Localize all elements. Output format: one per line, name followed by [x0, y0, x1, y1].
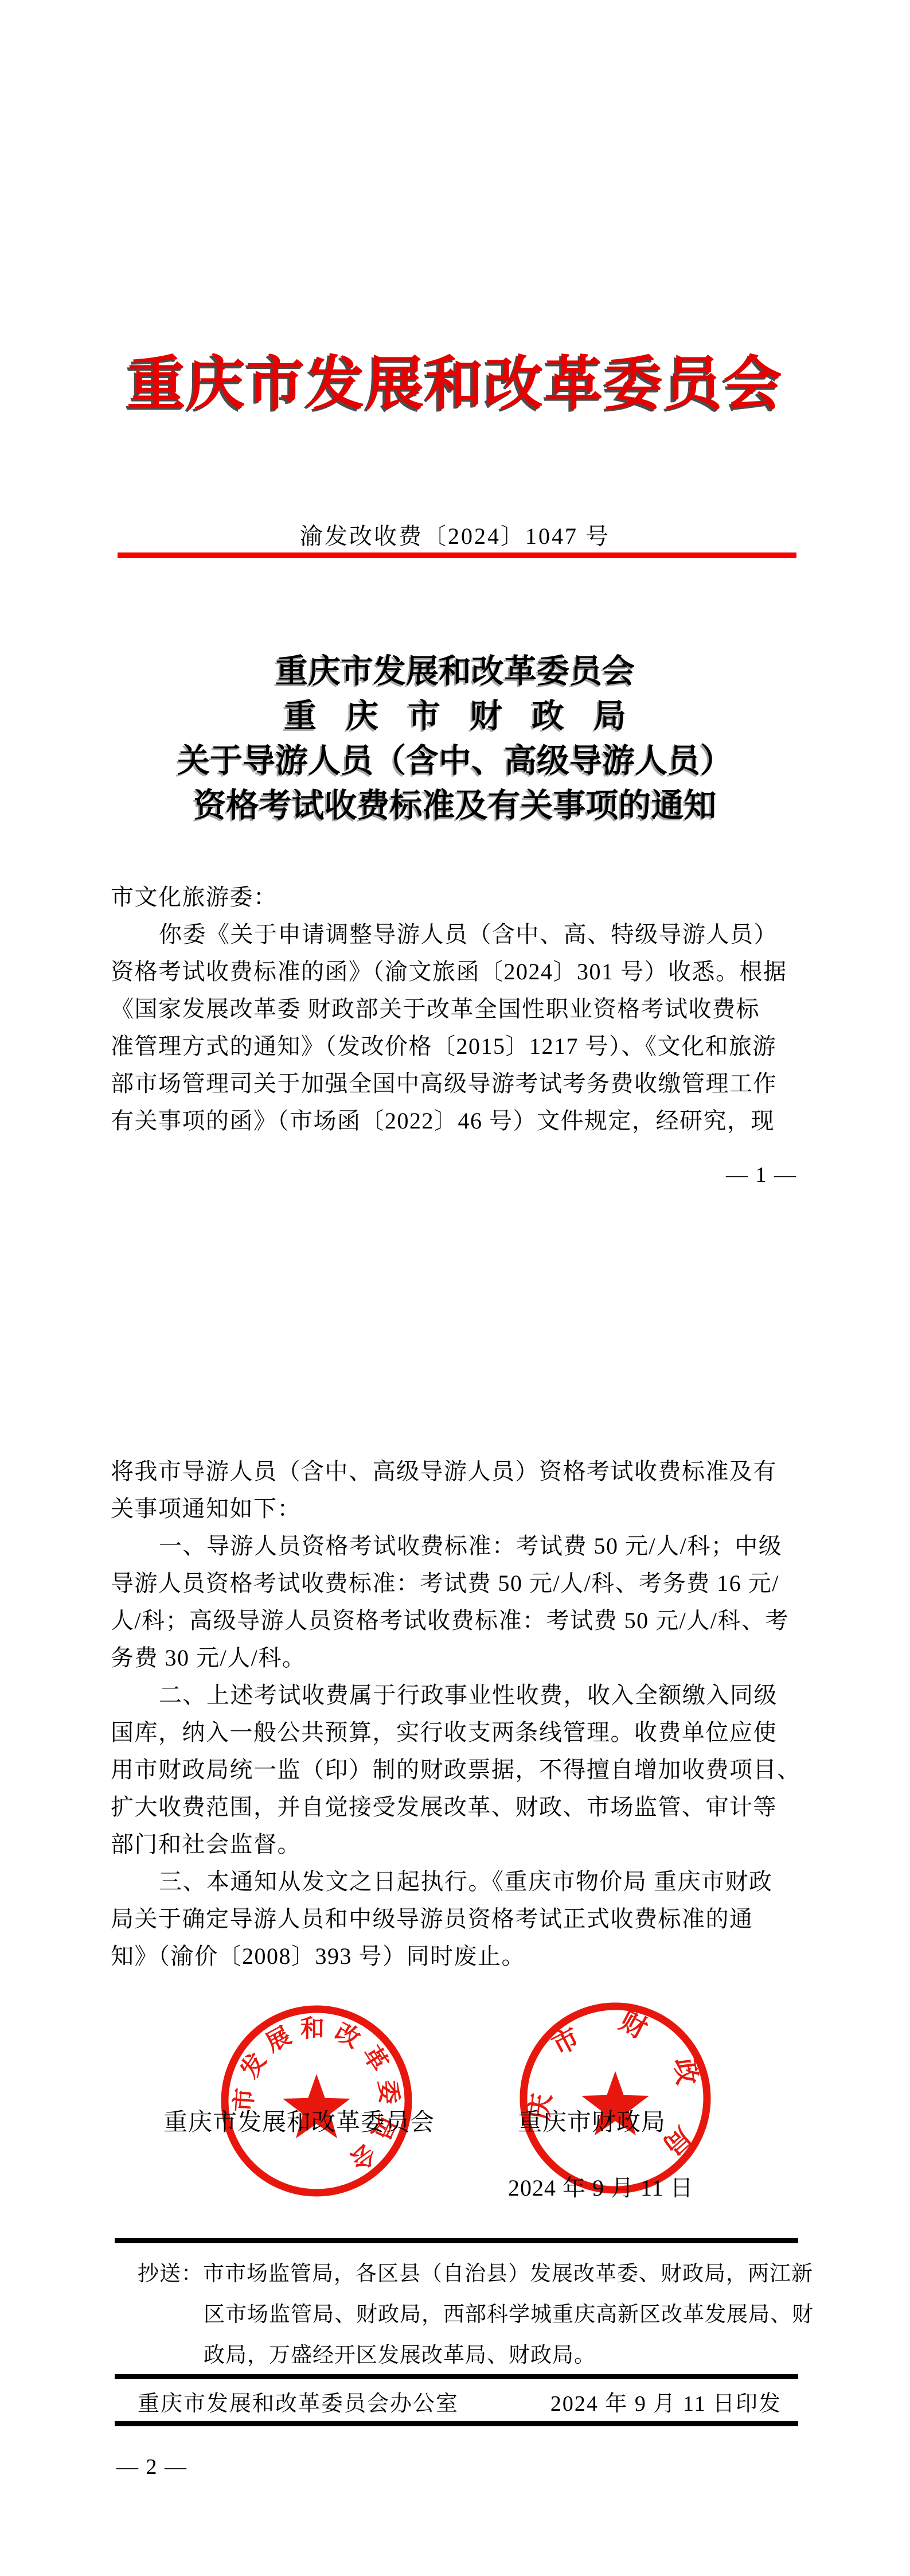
body-text-line: 用市财政局统一监（印）制的财政票据，不得擅自增加收费项目、 — [111, 1751, 822, 1788]
title-line-issuer-2: 重庆市财政局 — [0, 694, 910, 739]
body-text-line: 你委《关于申请调整导游人员（含中、高、特级导游人员） — [111, 916, 822, 953]
body-text-line: 有关事项的函》（市场函〔2022〕46 号）文件规定，经研究，现 — [111, 1102, 822, 1139]
seal-star-icon — [581, 2071, 649, 2135]
title-line-issuer-1: 重庆市发展和改革委员会 — [0, 649, 910, 694]
title-line-subject-2: 资格考试收费标准及有关事项的通知 — [0, 784, 910, 828]
body-text-line: 人/科；高级导游人员资格考试收费标准：考试费 50 元/人/科、考 — [111, 1602, 822, 1639]
body-text-line: 知》（渝价〔2008〕393 号）同时废止。 — [111, 1937, 822, 1975]
body-text-line: 三、本通知从发文之日起执行。《重庆市物价局 重庆市财政 — [111, 1863, 822, 1900]
body-text-line: 国库，纳入一般公共预算，实行收支两条线管理。收费单位应使 — [111, 1714, 822, 1751]
footer-separator-bottom — [115, 2421, 798, 2426]
cc-label: 抄送： — [138, 2262, 203, 2286]
body-text-line: 二、上述考试收费属于行政事业性收费，收入全额缴入同级 — [111, 1676, 822, 1714]
body-text-line: 导游人员资格考试收费标准：考试费 50 元/人/科、考务费 16 元/ — [111, 1565, 822, 1602]
cc-line-3: 政局，万盛经开区发展改革局、财政局。 — [204, 2337, 596, 2368]
issuing-office: 重庆市发展和改革委员会办公室 — [138, 2386, 459, 2417]
notice-title: 重庆市发展和改革委员会 重庆市财政局 关于导游人员（含中、高级导游人员） 资格考… — [0, 649, 910, 828]
body-text-line: 准管理方式的通知》（发改价格〔2015〕1217 号）、《文化和旅游 — [111, 1028, 822, 1065]
body-text-line: 局关于确定导游人员和中级导游员资格考试正式收费标准的通 — [111, 1900, 822, 1937]
print-date: 2024 年 9 月 11 日印发 — [550, 2386, 782, 2417]
footer-separator-middle — [115, 2374, 798, 2379]
body-text-line: 资格考试收费标准的函》（渝文旅函〔2024〕301 号）收悉。根据 — [111, 953, 822, 990]
body-text-line: 务费 30 元/人/科。 — [111, 1639, 822, 1676]
agency-red-header: 重庆市发展和改革委员会 — [0, 337, 910, 421]
red-divider-line — [118, 552, 796, 558]
body-text-line: 将我市导游人员（含中、高级导游人员）资格考试收费标准及有 — [111, 1453, 822, 1490]
page1-number: — 1 — — [726, 1162, 797, 1188]
official-notice-document: 重庆市发展和改革委员会 渝发改收费〔2024〕1047 号 重庆市发展和改革委员… — [0, 0, 910, 2576]
body-text-line: 《国家发展改革委 财政部关于改革全国性职业资格考试收费标 — [111, 990, 822, 1028]
title-line-subject-1: 关于导游人员（含中、高级导游人员） — [0, 739, 910, 784]
cc-line-1: 抄送：市市场监管局，各区县（自治县）发展改革委、财政局，两江新 — [138, 2256, 813, 2287]
document-number: 渝发改收费〔2024〕1047 号 — [0, 518, 910, 551]
body-text-line: 市文化旅游委： — [111, 878, 822, 916]
page2-body-text: 将我市导游人员（含中、高级导游人员）资格考试收费标准及有关事项通知如下：一、导游… — [111, 1453, 822, 1975]
page1-body-text: 市文化旅游委：你委《关于申请调整导游人员（含中、高、特级导游人员）资格考试收费标… — [111, 878, 822, 1139]
body-text-line: 关事项通知如下： — [111, 1490, 822, 1527]
cc-text-1: 市市场监管局，各区县（自治县）发展改革委、财政局，两江新 — [203, 2262, 813, 2286]
cc-line-2: 区市场监管局、财政局，西部科学城重庆高新区改革发展局、财 — [204, 2297, 814, 2328]
body-text-line: 部门和社会监督。 — [111, 1826, 822, 1863]
body-text-line: 一、导游人员资格考试收费标准：考试费 50 元/人/科；中级 — [111, 1527, 822, 1565]
body-text-line: 部市场管理司关于加强全国中高级导游考试考务费收缴管理工作 — [111, 1065, 822, 1102]
finance-bureau-seal-icon: 重庆市财政局 — [512, 1995, 718, 2201]
body-text-line: 扩大收费范围，并自觉接受发展改革、财政、市场监管、审计等 — [111, 1788, 822, 1826]
development-reform-commission-seal-icon: 重庆市发展和改革委员会 — [213, 1998, 420, 2204]
footer-separator-top — [115, 2238, 798, 2243]
page2-number: — 2 — — [116, 2454, 188, 2480]
seal-star-icon — [283, 2074, 350, 2138]
